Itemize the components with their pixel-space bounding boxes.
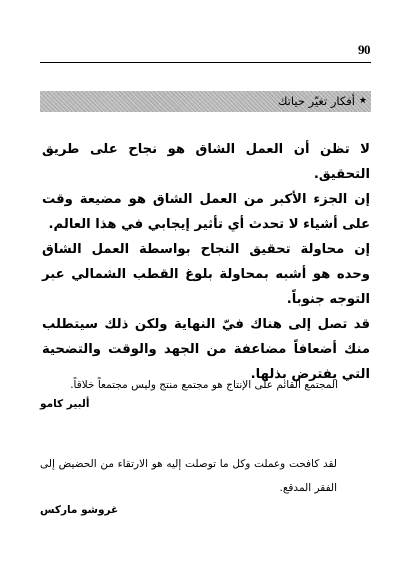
star-icon: ★ [359, 97, 367, 106]
body-paragraph: لا تظن أن العمل الشاق هو نجاح على طريق ا… [42, 137, 370, 187]
quote-author: ألبير كامو [40, 398, 366, 410]
quote-author: غروشو ماركس [40, 504, 337, 516]
quote-text: المجتمع القائم على الإنتاج هو مجتمع منتج… [40, 374, 366, 396]
body-text: لا تظن أن العمل الشاق هو نجاح على طريق ا… [42, 137, 370, 387]
body-paragraph: إن الجزء الأكبر من العمل الشاق هو مضيعة … [42, 187, 370, 237]
quote-block: المجتمع القائم على الإنتاج هو مجتمع منتج… [40, 374, 366, 410]
section-heading-band: ★ أفكار تغيّر حياتك [40, 91, 371, 112]
page-number: 90 [358, 42, 370, 58]
quote-text: لقد كافحت وعملت وكل ما توصلت إليه هو الا… [40, 452, 337, 500]
body-paragraph: إن محاولة تحقيق النجاح بواسطة العمل الشا… [42, 237, 370, 312]
quote-block: لقد كافحت وعملت وكل ما توصلت إليه هو الا… [40, 452, 337, 516]
section-title: أفكار تغيّر حياتك [278, 96, 355, 108]
header-divider [40, 62, 371, 63]
